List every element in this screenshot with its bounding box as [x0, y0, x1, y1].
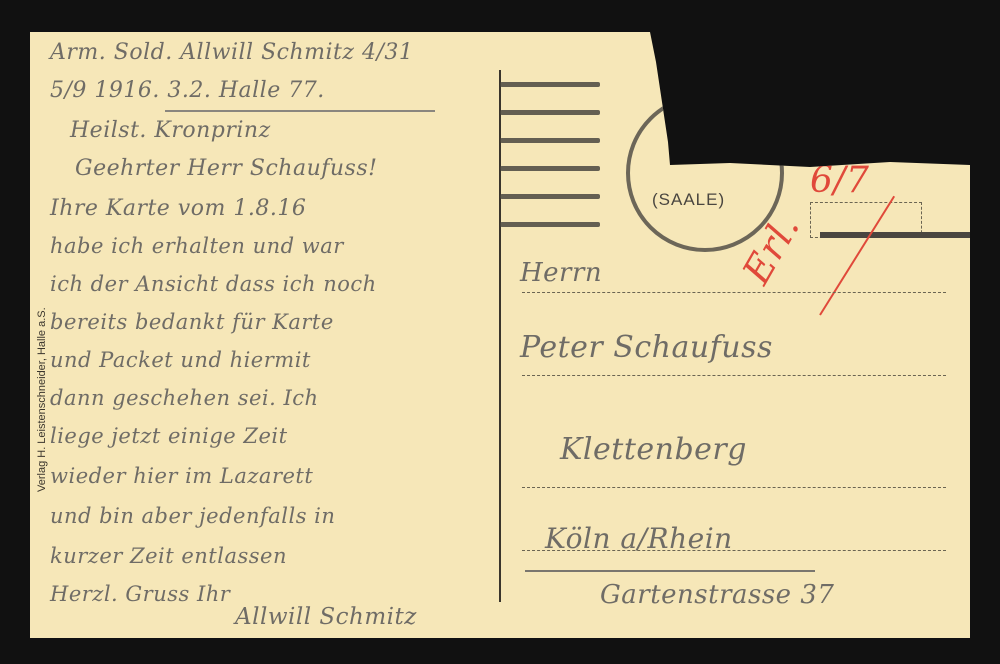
- postmark-text: (SAALE): [652, 190, 725, 210]
- message-line: habe ich erhalten und war: [50, 234, 344, 258]
- address-dotted-line: [522, 550, 946, 551]
- postcard: Verlag H. Leistenschneider, Halle a.S. (…: [30, 32, 970, 638]
- message-line: Geehrter Herr Schaufuss!: [75, 156, 377, 181]
- message-line: wieder hier im Lazarett: [50, 464, 313, 488]
- machine-cancel-bar: [500, 222, 600, 227]
- message-line: kurzer Zeit entlassen: [50, 544, 287, 568]
- message-line: und bin aber jedenfalls in: [50, 504, 335, 528]
- message-line: Ihre Karte vom 1.8.16: [50, 196, 306, 221]
- message-line: Herzl. Gruss Ihr: [50, 582, 230, 606]
- message-line: ich der Ansicht dass ich noch: [50, 272, 377, 296]
- message-line: liege jetzt einige Zeit: [50, 424, 288, 448]
- message-line: und Packet und hiermit: [50, 348, 311, 372]
- message-line: dann geschehen sei. Ich: [50, 386, 319, 410]
- stamp-cancel-bar: [820, 232, 970, 238]
- address-dotted-line: [522, 487, 946, 488]
- message-line: bereits bedankt für Karte: [50, 310, 334, 334]
- center-divider: [499, 70, 501, 602]
- message-line: Arm. Sold. Allwill Schmitz 4/31: [50, 40, 413, 65]
- machine-cancel-bar: [500, 166, 600, 171]
- publisher-imprint: Verlag H. Leistenschneider, Halle a.S.: [36, 307, 48, 492]
- machine-cancel-bar: [500, 110, 600, 115]
- address-line: Herrn: [520, 258, 602, 288]
- machine-cancel-bar: [500, 82, 600, 87]
- address-dotted-line: [522, 375, 946, 376]
- signature: Allwill Schmitz: [235, 604, 417, 630]
- message-line: 5/9 1916. 3.2. Halle 77.: [50, 78, 325, 103]
- address-line: Peter Schaufuss: [520, 330, 773, 365]
- address-underline: [525, 570, 815, 572]
- message-line: Heilst. Kronprinz: [70, 118, 271, 143]
- red-annotation-number: 6/7: [810, 160, 869, 201]
- machine-cancel-bar: [500, 194, 600, 199]
- address-line: Gartenstrasse 37: [600, 580, 834, 610]
- underline: [165, 110, 435, 112]
- machine-cancel-bar: [500, 138, 600, 143]
- address-line: Klettenberg: [560, 432, 747, 467]
- address-dotted-line: [522, 292, 946, 293]
